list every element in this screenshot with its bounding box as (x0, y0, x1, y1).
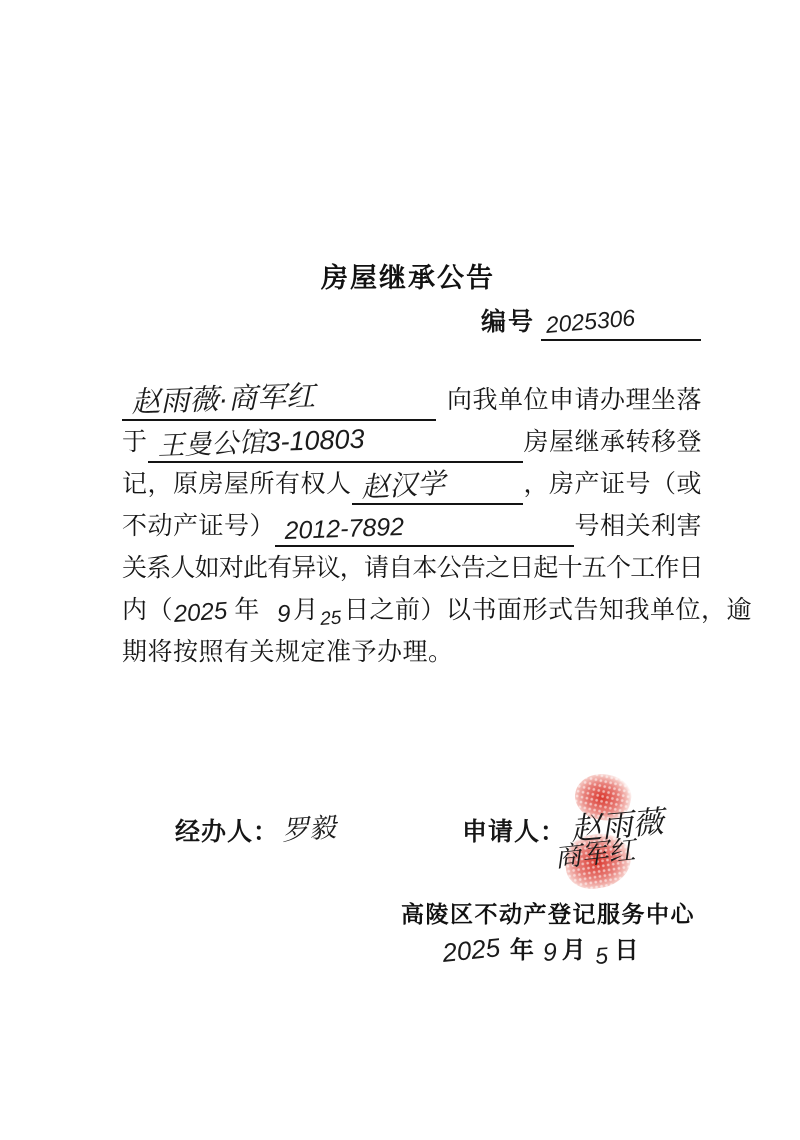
body-text: 内（ (122, 590, 173, 631)
applicants-handwritten: 赵雨薇·商军红 (131, 383, 316, 418)
body-line-7: 期将按照有关规定准予办理。 (122, 631, 702, 673)
scanned-document-page: 房屋继承公告 编号 2025306 赵雨薇·商军红 向我单位申请办理坐落 于 王… (0, 0, 800, 1140)
date-month-handwritten: 9 (542, 940, 558, 968)
organization-name: 高陵区不动产登记服务中心 (401, 896, 695, 929)
body-line-4: 不动产证号） 2012-7892 号相关利害 (122, 505, 702, 547)
handler-signature-handwritten: 罗毅 (281, 814, 337, 845)
date-year-label: 年 (510, 930, 534, 968)
number-underline: 2025306 (541, 303, 701, 341)
body-text: 于 (122, 422, 148, 463)
deadline-year-handwritten: 2025 (173, 599, 228, 631)
address-handwritten: 王曼公馆3-10803 (157, 426, 365, 460)
body-text: 期将按照有关规定准予办理。 (122, 632, 454, 673)
body-text: 房屋继承转移登 (523, 422, 702, 463)
month-unit-label: 月 (293, 590, 319, 631)
date-month-label: 月 (562, 930, 586, 968)
year-unit-label: 年 (234, 590, 260, 631)
signature-row: 经办人： 罗毅 申请人： 赵雨薇 (0, 806, 800, 856)
cert-number-underline: 2012-7892 (275, 504, 574, 547)
handler-label: 经办人： (175, 812, 279, 848)
body-text: 号相关利害 (574, 506, 702, 547)
body-text: 记，原房屋所有权人 (122, 464, 352, 505)
body-text: ，房产证号（或 (523, 464, 702, 505)
number-label: 编号 (481, 302, 535, 341)
cert-number-handwritten: 2012-7892 (284, 515, 404, 544)
applicant-label: 申请人： (462, 812, 566, 848)
body-line-3: 记，原房屋所有权人 赵汉学 ，房产证号（或 (122, 463, 702, 505)
applicants-underline: 赵雨薇·商军红 (122, 378, 436, 421)
body-text: 向我单位申请办理坐落 (447, 380, 702, 421)
body-text: 关系人如对此有异议，请自本公告之日起十五个工作日 (122, 548, 703, 589)
body-text: 日之前）以书面形式告知我单位，逾 (344, 590, 752, 631)
number-value-handwritten: 2025306 (545, 306, 636, 337)
document-number-row: 编号 2025306 (481, 303, 701, 341)
body-line-1: 赵雨薇·商军红 向我单位申请办理坐落 (122, 379, 702, 421)
deadline-day-handwritten: 25 (319, 609, 342, 631)
owner-underline: 赵汉学 (352, 462, 524, 505)
handler-block: 经办人： 罗毅 (175, 812, 337, 848)
date-day-label: 日 (615, 930, 639, 968)
date-year-handwritten: 2025 (441, 934, 501, 968)
date-day-handwritten: 5 (594, 944, 608, 968)
address-underline: 王曼公馆3-10803 (148, 420, 524, 463)
owner-handwritten: 赵汉学 (360, 470, 445, 502)
body-line-2: 于 王曼公馆3-10803 房屋继承转移登 (122, 421, 702, 463)
deadline-month-handwritten: 9 (276, 602, 291, 631)
applicant-signature-2-block: 商军红 (556, 845, 637, 872)
body-paragraph: 赵雨薇·商军红 向我单位申请办理坐落 于 王曼公馆3-10803 房屋继承转移登… (122, 379, 702, 673)
document-title: 房屋继承公告 (0, 256, 800, 295)
body-line-5: 关系人如对此有异议，请自本公告之日起十五个工作日 (122, 547, 702, 589)
body-text: 不动产证号） (122, 506, 275, 547)
body-line-6: 内（ 2025 年 9 月 25 日之前）以书面形式告知我单位，逾 (122, 589, 702, 631)
applicant-signature-2-handwritten: 商军红 (553, 837, 636, 872)
issue-date-row: 2025 年 9 月 5 日 (444, 932, 639, 968)
